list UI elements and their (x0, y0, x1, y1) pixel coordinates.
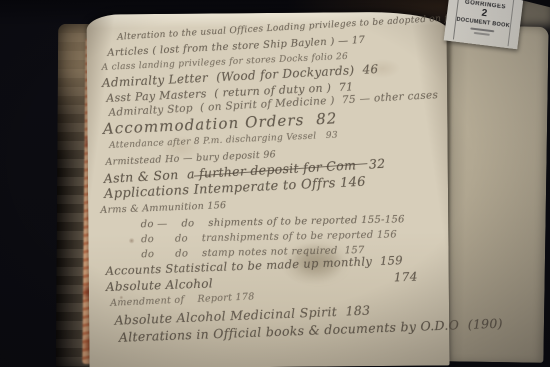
handwritten-entries: Alteration to the usual Offices Loading … (101, 24, 455, 346)
photo-scene: Alteration to the usual Offices Loading … (0, 0, 550, 367)
